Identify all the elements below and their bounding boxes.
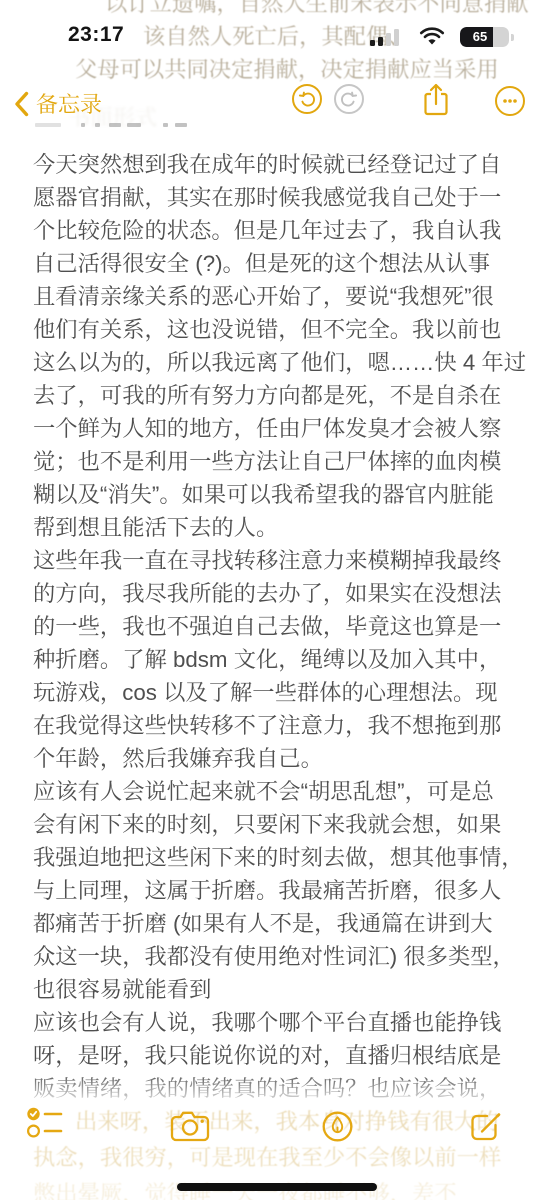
- note-line: 他们有关系，这也没说错，但不完全。我以前也: [33, 313, 529, 346]
- camera-button[interactable]: [169, 1108, 211, 1150]
- cellular-signal-icon: [370, 28, 410, 46]
- camera-icon: [169, 1108, 211, 1145]
- note-line: 一个鲜为人知的地方，任由尸体发臭才会被人察: [33, 412, 529, 445]
- undo-icon: [298, 90, 316, 108]
- note-line: 都痛苦于折磨 (如果有人不是，我通篇在讲到大: [33, 907, 529, 940]
- status-icons: 65: [368, 26, 528, 48]
- note-line: 且看清亲缘关系的恶心开始了，要说“我想死”很: [33, 280, 529, 313]
- note-line: 玩游戏，cos 以及了解一些群体的心理想法。现: [33, 676, 529, 709]
- status-time: 23:17: [68, 23, 124, 47]
- note-line: 个比较危险的状态。但是几年过去了，我自认我: [33, 214, 529, 247]
- note-line: 去了，可我的所有努力方向都是死，不是自杀在: [33, 379, 529, 412]
- note-line: 种折磨。了解 bdsm 文化，绳缚以及加入其中，: [33, 643, 529, 676]
- note-line: 呀，是呀，我只能说你说的对，直播归根结底是: [33, 1039, 529, 1072]
- note-line: 应该有人会说忙起来就不会“胡思乱想”，可是总: [33, 775, 529, 808]
- note-line: 会有闲下来的时刻，只要闲下来我就会想，如果: [33, 808, 529, 841]
- markup-pen-icon: [317, 1106, 358, 1147]
- wifi-icon: [418, 27, 446, 47]
- share-button[interactable]: [422, 82, 450, 123]
- compose-button[interactable]: [467, 1109, 503, 1150]
- compose-icon: [467, 1109, 503, 1145]
- note-line: 愿器官捐献，其实在那时候我感觉我自己处于一: [33, 181, 529, 214]
- note-line: 的方向，我尽我所能的去办了，如果实在没想法: [33, 577, 529, 610]
- note-editor[interactable]: 今天突然想到我在成年的时候就已经登记过了自愿器官捐献，其实在那时候我感觉我自己处…: [33, 148, 529, 1105]
- share-icon: [422, 82, 450, 118]
- ellipsis-icon: [501, 92, 519, 110]
- note-line: 众这一块，我都没有使用绝对性词汇) 很多类型，: [33, 940, 529, 973]
- ghost-text-top-3: 父母可以共同决定捐献，决定捐献应当采用: [75, 52, 499, 84]
- note-line: 觉；也不是利用一些方法让自己尸体摔的血肉模: [33, 445, 529, 478]
- battery-icon: 65: [460, 27, 514, 47]
- note-line: 我强迫地把这些闲下来的时刻去做，想其他事情，: [33, 841, 529, 874]
- ghost-title-smudge: [35, 121, 225, 129]
- redo-button[interactable]: [334, 84, 364, 114]
- back-button-label: 备忘录: [36, 88, 102, 119]
- note-line: 与上同理，这属于折磨。我最痛苦折磨，很多人: [33, 874, 529, 907]
- note-line: 个年龄，然后我嫌弃我自己。: [33, 742, 529, 775]
- markup-button[interactable]: [317, 1106, 358, 1152]
- note-line: 这么以为的，所以我远离了他们，嗯……快 4 年过: [33, 346, 529, 379]
- more-options-button[interactable]: [495, 86, 525, 116]
- note-line: 也很容易就能看到: [33, 973, 529, 1006]
- note-line: 帮到想且能活下去的人。: [33, 511, 529, 544]
- note-line: 糊以及“消失”。如果可以我希望我的器官内脏能: [33, 478, 529, 511]
- note-line: 的一些，我也不强迫自己去做，毕竟这也算是一: [33, 610, 529, 643]
- chevron-left-icon: [14, 91, 29, 117]
- note-line: 这些年我一直在寻找转移注意力来模糊掉我最终: [33, 544, 529, 577]
- note-line: 应该也会有人说，我哪个哪个平台直播也能挣钱: [33, 1006, 529, 1039]
- back-button[interactable]: 备忘录: [14, 88, 102, 119]
- note-line: 自己活得很安全 (?)。但是死的这个想法从认事: [33, 247, 529, 280]
- battery-percent: 65: [460, 27, 500, 47]
- redo-icon: [340, 90, 358, 108]
- note-line: 在我觉得这些快转移不了注意力，我不想拖到那: [33, 709, 529, 742]
- note-line: 今天突然想到我在成年的时候就已经登记过了自: [33, 148, 529, 181]
- notes-app-screen: 以订立遗嘱，自然人生前未表示不同意捐献 该自然人死亡后，其配偶、 父母可以共同决…: [0, 0, 554, 1200]
- checklist-button[interactable]: [26, 1106, 63, 1144]
- ghost-text-top-1: 以订立遗嘱，自然人生前未表示不同意捐献: [105, 0, 529, 18]
- checklist-icon: [26, 1106, 63, 1139]
- undo-button[interactable]: [292, 84, 322, 114]
- home-indicator[interactable]: [177, 1183, 377, 1191]
- note-toolbar: [0, 1106, 554, 1152]
